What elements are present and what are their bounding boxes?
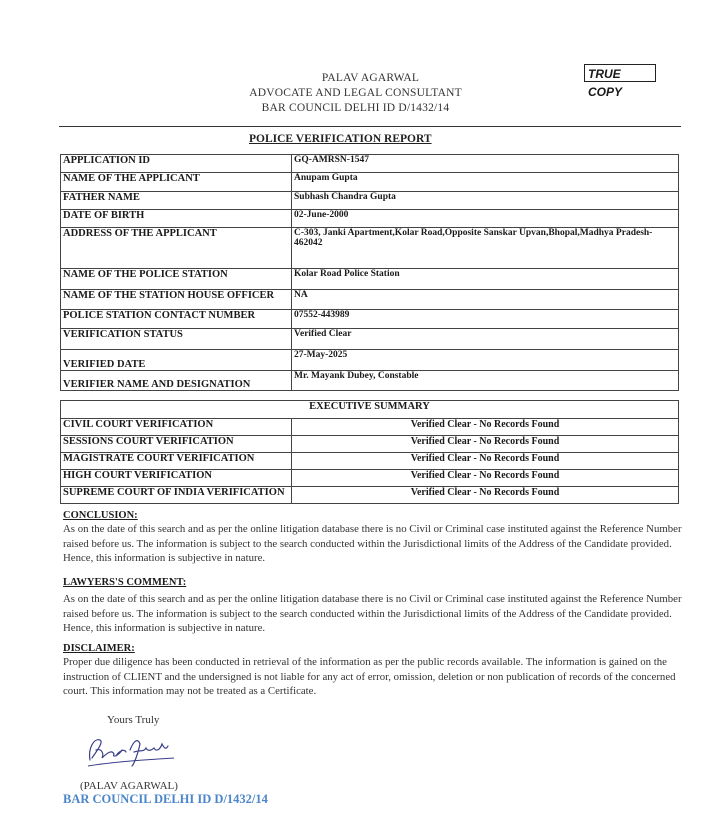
row-value: 02-June-2000 [292, 210, 679, 228]
row-value: NA [292, 290, 679, 310]
disclaimer-label: DISCLAIMER: [63, 643, 683, 654]
disclaimer-section: DISCLAIMER: Proper due diligence has bee… [63, 643, 683, 699]
signatory-name: (PALAV AGARWAL) [80, 780, 178, 792]
table-row: NAME OF THE STATION HOUSE OFFICERNA [61, 290, 679, 310]
row-value: Verified Clear [292, 329, 679, 350]
row-label: SUPREME COURT OF INDIA VERIFICATION [61, 487, 292, 504]
row-label: VERIFIER NAME AND DESIGNATION [61, 371, 292, 391]
comment-label: LAWYERS'S COMMENT: [63, 577, 683, 588]
advocate-bar-id: BAR COUNCIL DELHI ID D/1432/14 [0, 101, 711, 116]
table-row: DATE OF BIRTH02-June-2000 [61, 210, 679, 228]
table-row: FATHER NAMESubhash Chandra Gupta [61, 192, 679, 210]
row-label: VERIFIED DATE [61, 350, 292, 371]
row-value: Kolar Road Police Station [292, 269, 679, 290]
table-row: ADDRESS OF THE APPLICANTC-303, Janki Apa… [61, 228, 679, 269]
row-label: POLICE STATION CONTACT NUMBER [61, 310, 292, 329]
lawyers-comment-section: LAWYERS'S COMMENT: As on the date of thi… [63, 577, 683, 636]
row-value: Mr. Mayank Dubey, Constable [292, 371, 679, 391]
table-row: MAGISTRATE COURT VERIFICATIONVerified Cl… [61, 453, 679, 470]
true-copy-stamp: TRUE COPY [584, 64, 656, 82]
conclusion-section: CONCLUSION: As on the date of this searc… [63, 510, 683, 566]
table-row: POLICE STATION CONTACT NUMBER07552-44398… [61, 310, 679, 329]
row-label: ADDRESS OF THE APPLICANT [61, 228, 292, 269]
row-label: NAME OF THE STATION HOUSE OFFICER [61, 290, 292, 310]
row-label: MAGISTRATE COURT VERIFICATION [61, 453, 292, 470]
summary-heading: EXECUTIVE SUMMARY [61, 401, 679, 419]
table-row: VERIFIER NAME AND DESIGNATIONMr. Mayank … [61, 371, 679, 391]
row-label: CIVIL COURT VERIFICATION [61, 419, 292, 436]
row-value: Verified Clear - No Records Found [292, 470, 679, 487]
row-label: VERIFICATION STATUS [61, 329, 292, 350]
row-value: C-303, Janki Apartment,Kolar Road,Opposi… [292, 228, 679, 269]
disclaimer-text: Proper due diligence has been conducted … [63, 655, 683, 699]
comment-text: As on the date of this search and as per… [63, 592, 683, 636]
table-row: CIVIL COURT VERIFICATIONVerified Clear -… [61, 419, 679, 436]
row-value: 27-May-2025 [292, 350, 679, 371]
signatory-bar-id: BAR COUNCIL DELHI ID D/1432/14 [63, 792, 268, 807]
row-value: 07552-443989 [292, 310, 679, 329]
table-row: APPLICATION IDGQ-AMRSN-1547 [61, 155, 679, 173]
row-value: Verified Clear - No Records Found [292, 453, 679, 470]
row-label: NAME OF THE APPLICANT [61, 173, 292, 192]
signature-icon [82, 730, 182, 780]
table-row: SESSIONS COURT VERIFICATIONVerified Clea… [61, 436, 679, 453]
table-row: NAME OF THE POLICE STATIONKolar Road Pol… [61, 269, 679, 290]
header-divider [59, 126, 681, 127]
row-label: APPLICATION ID [61, 155, 292, 173]
executive-summary-table: EXECUTIVE SUMMARY CIVIL COURT VERIFICATI… [60, 400, 679, 504]
row-value: Verified Clear - No Records Found [292, 436, 679, 453]
row-value: GQ-AMRSN-1547 [292, 155, 679, 173]
table-row: NAME OF THE APPLICANTAnupam Gupta [61, 173, 679, 192]
row-label: NAME OF THE POLICE STATION [61, 269, 292, 290]
table-row: VERIFICATION STATUSVerified Clear [61, 329, 679, 350]
closing-text: Yours Truly [107, 714, 159, 726]
conclusion-text: As on the date of this search and as per… [63, 522, 683, 566]
details-table: APPLICATION IDGQ-AMRSN-1547 NAME OF THE … [60, 154, 679, 391]
row-label: SESSIONS COURT VERIFICATION [61, 436, 292, 453]
row-value: Verified Clear - No Records Found [292, 487, 679, 504]
row-label: DATE OF BIRTH [61, 210, 292, 228]
row-label: FATHER NAME [61, 192, 292, 210]
row-value: Verified Clear - No Records Found [292, 419, 679, 436]
row-label: HIGH COURT VERIFICATION [61, 470, 292, 487]
table-row: VERIFIED DATE27-May-2025 [61, 350, 679, 371]
table-row: HIGH COURT VERIFICATIONVerified Clear - … [61, 470, 679, 487]
report-title: POLICE VERIFICATION REPORT [249, 133, 432, 145]
conclusion-label: CONCLUSION: [63, 510, 683, 521]
row-value: Anupam Gupta [292, 173, 679, 192]
table-row: SUPREME COURT OF INDIA VERIFICATIONVerif… [61, 487, 679, 504]
row-value: Subhash Chandra Gupta [292, 192, 679, 210]
